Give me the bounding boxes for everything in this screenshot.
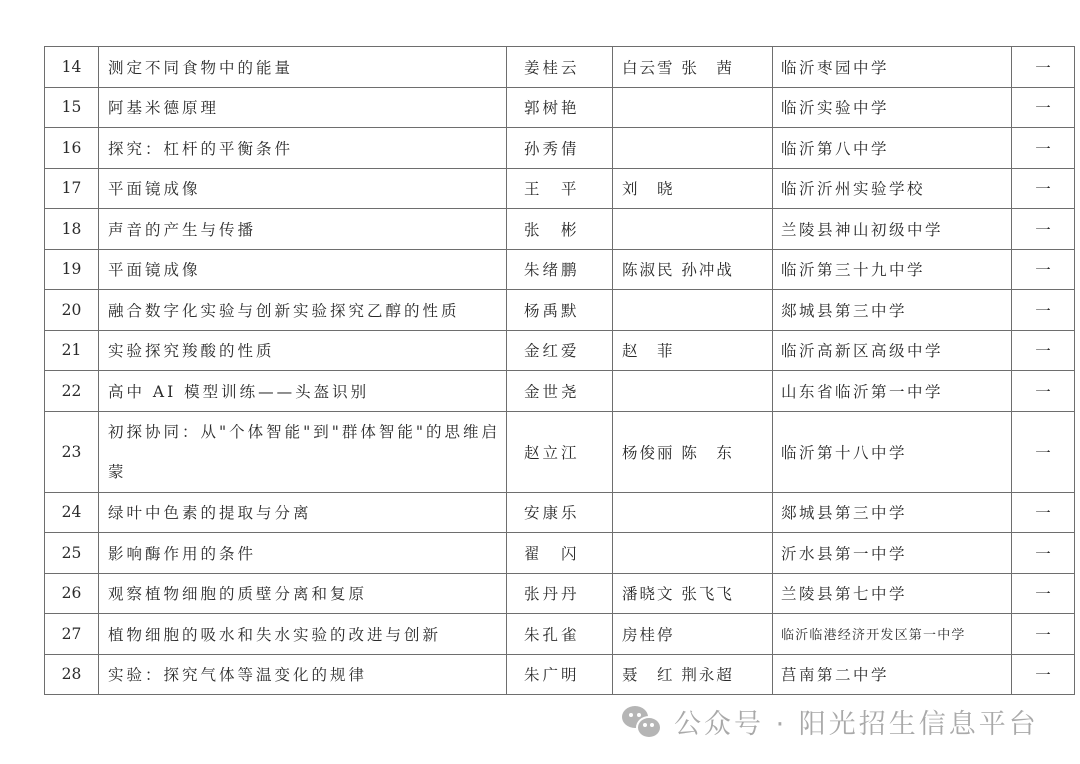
school: 山东省临沂第一中学 [773,371,1012,412]
lead-author: 翟 闪 [507,533,613,574]
award-level: 一 [1012,614,1075,655]
co-authors: 杨俊丽 陈 东 [613,411,773,492]
awards-table: 14 测定不同食物中的能量 姜桂云 白云雪 张 茜 临沂枣园中学 一 15 阿基… [44,46,1075,695]
project-title: 高中 AI 模型训练——头盔识别 [99,371,507,412]
table-row: 20 融合数字化实验与创新实验探究乙醇的性质 杨禹默 郯城县第三中学 一 [45,290,1075,331]
award-level: 一 [1012,533,1075,574]
lead-author: 孙秀倩 [507,128,613,169]
project-title: 平面镜成像 [99,168,507,209]
row-number: 27 [45,614,99,655]
school: 临沂沂州实验学校 [773,168,1012,209]
award-level: 一 [1012,168,1075,209]
award-level: 一 [1012,492,1075,533]
co-authors [613,533,773,574]
table-row: 17 平面镜成像 王 平 刘 晓 临沂沂州实验学校 一 [45,168,1075,209]
award-level: 一 [1012,654,1075,695]
school: 临沂临港经济开发区第一中学 [773,614,1012,655]
co-authors: 聂 红 荆永超 [613,654,773,695]
row-number: 25 [45,533,99,574]
award-level: 一 [1012,87,1075,128]
row-number: 14 [45,47,99,88]
lead-author: 安康乐 [507,492,613,533]
co-authors [613,128,773,169]
co-authors [613,492,773,533]
project-title: 探究：杠杆的平衡条件 [99,128,507,169]
row-number: 20 [45,290,99,331]
table-row: 27 植物细胞的吸水和失水实验的改进与创新 朱孔雀 房桂停 临沂临港经济开发区第… [45,614,1075,655]
row-number: 18 [45,209,99,250]
table-row: 22 高中 AI 模型训练——头盔识别 金世尧 山东省临沂第一中学 一 [45,371,1075,412]
table-row: 21 实验探究羧酸的性质 金红爱 赵 菲 临沂高新区高级中学 一 [45,330,1075,371]
table-row: 16 探究：杠杆的平衡条件 孙秀倩 临沂第八中学 一 [45,128,1075,169]
award-level: 一 [1012,128,1075,169]
table-row: 24 绿叶中色素的提取与分离 安康乐 郯城县第三中学 一 [45,492,1075,533]
school: 临沂实验中学 [773,87,1012,128]
table-row: 14 测定不同食物中的能量 姜桂云 白云雪 张 茜 临沂枣园中学 一 [45,47,1075,88]
table-row: 19 平面镜成像 朱绪鹏 陈淑民 孙冲战 临沂第三十九中学 一 [45,249,1075,290]
co-authors: 赵 菲 [613,330,773,371]
co-authors [613,87,773,128]
award-level: 一 [1012,573,1075,614]
lead-author: 王 平 [507,168,613,209]
project-title: 实验：探究气体等温变化的规律 [99,654,507,695]
co-authors: 陈淑民 孙冲战 [613,249,773,290]
row-number: 16 [45,128,99,169]
award-level: 一 [1012,330,1075,371]
table-row: 25 影响酶作用的条件 翟 闪 沂水县第一中学 一 [45,533,1075,574]
project-title: 阿基米德原理 [99,87,507,128]
co-authors [613,371,773,412]
watermark: 公众号 · 阳光招生信息平台 [622,702,1039,741]
award-level: 一 [1012,371,1075,412]
lead-author: 杨禹默 [507,290,613,331]
row-number: 22 [45,371,99,412]
project-title: 声音的产生与传播 [99,209,507,250]
school: 兰陵县第七中学 [773,573,1012,614]
row-number: 23 [45,411,99,492]
table-row: 23 初探协同：从"个体智能"到"群体智能"的思维启蒙 赵立江 杨俊丽 陈 东 … [45,411,1075,492]
row-number: 26 [45,573,99,614]
table-row: 15 阿基米德原理 郭树艳 临沂实验中学 一 [45,87,1075,128]
table-row: 26 观察植物细胞的质壁分离和复原 张丹丹 潘晓文 张飞飞 兰陵县第七中学 一 [45,573,1075,614]
project-title: 平面镜成像 [99,249,507,290]
lead-author: 姜桂云 [507,47,613,88]
co-authors: 房桂停 [613,614,773,655]
table-row: 18 声音的产生与传播 张 彬 兰陵县神山初级中学 一 [45,209,1075,250]
project-title: 实验探究羧酸的性质 [99,330,507,371]
co-authors: 潘晓文 张飞飞 [613,573,773,614]
project-title: 植物细胞的吸水和失水实验的改进与创新 [99,614,507,655]
project-title: 测定不同食物中的能量 [99,47,507,88]
school: 临沂第八中学 [773,128,1012,169]
project-title: 初探协同：从"个体智能"到"群体智能"的思维启蒙 [99,411,507,492]
award-level: 一 [1012,411,1075,492]
row-number: 24 [45,492,99,533]
wechat-icon [622,706,660,738]
lead-author: 朱广明 [507,654,613,695]
award-level: 一 [1012,290,1075,331]
co-authors [613,290,773,331]
award-level: 一 [1012,249,1075,290]
row-number: 19 [45,249,99,290]
table-row: 28 实验：探究气体等温变化的规律 朱广明 聂 红 荆永超 莒南第二中学 一 [45,654,1075,695]
project-title: 观察植物细胞的质壁分离和复原 [99,573,507,614]
co-authors: 白云雪 张 茜 [613,47,773,88]
co-authors [613,209,773,250]
project-title: 绿叶中色素的提取与分离 [99,492,507,533]
lead-author: 朱孔雀 [507,614,613,655]
school: 临沂高新区高级中学 [773,330,1012,371]
row-number: 21 [45,330,99,371]
row-number: 17 [45,168,99,209]
lead-author: 郭树艳 [507,87,613,128]
lead-author: 张 彬 [507,209,613,250]
school: 莒南第二中学 [773,654,1012,695]
school: 郯城县第三中学 [773,492,1012,533]
lead-author: 金红爱 [507,330,613,371]
school: 临沂第三十九中学 [773,249,1012,290]
lead-author: 朱绪鹏 [507,249,613,290]
school: 郯城县第三中学 [773,290,1012,331]
row-number: 28 [45,654,99,695]
co-authors: 刘 晓 [613,168,773,209]
lead-author: 张丹丹 [507,573,613,614]
project-title: 影响酶作用的条件 [99,533,507,574]
school: 临沂第十八中学 [773,411,1012,492]
award-level: 一 [1012,47,1075,88]
awards-table-body: 14 测定不同食物中的能量 姜桂云 白云雪 张 茜 临沂枣园中学 一 15 阿基… [45,47,1075,695]
school: 兰陵县神山初级中学 [773,209,1012,250]
lead-author: 金世尧 [507,371,613,412]
watermark-text: 公众号 · 阳光招生信息平台 [674,702,1039,741]
lead-author: 赵立江 [507,411,613,492]
row-number: 15 [45,87,99,128]
project-title: 融合数字化实验与创新实验探究乙醇的性质 [99,290,507,331]
award-level: 一 [1012,209,1075,250]
school: 沂水县第一中学 [773,533,1012,574]
school: 临沂枣园中学 [773,47,1012,88]
